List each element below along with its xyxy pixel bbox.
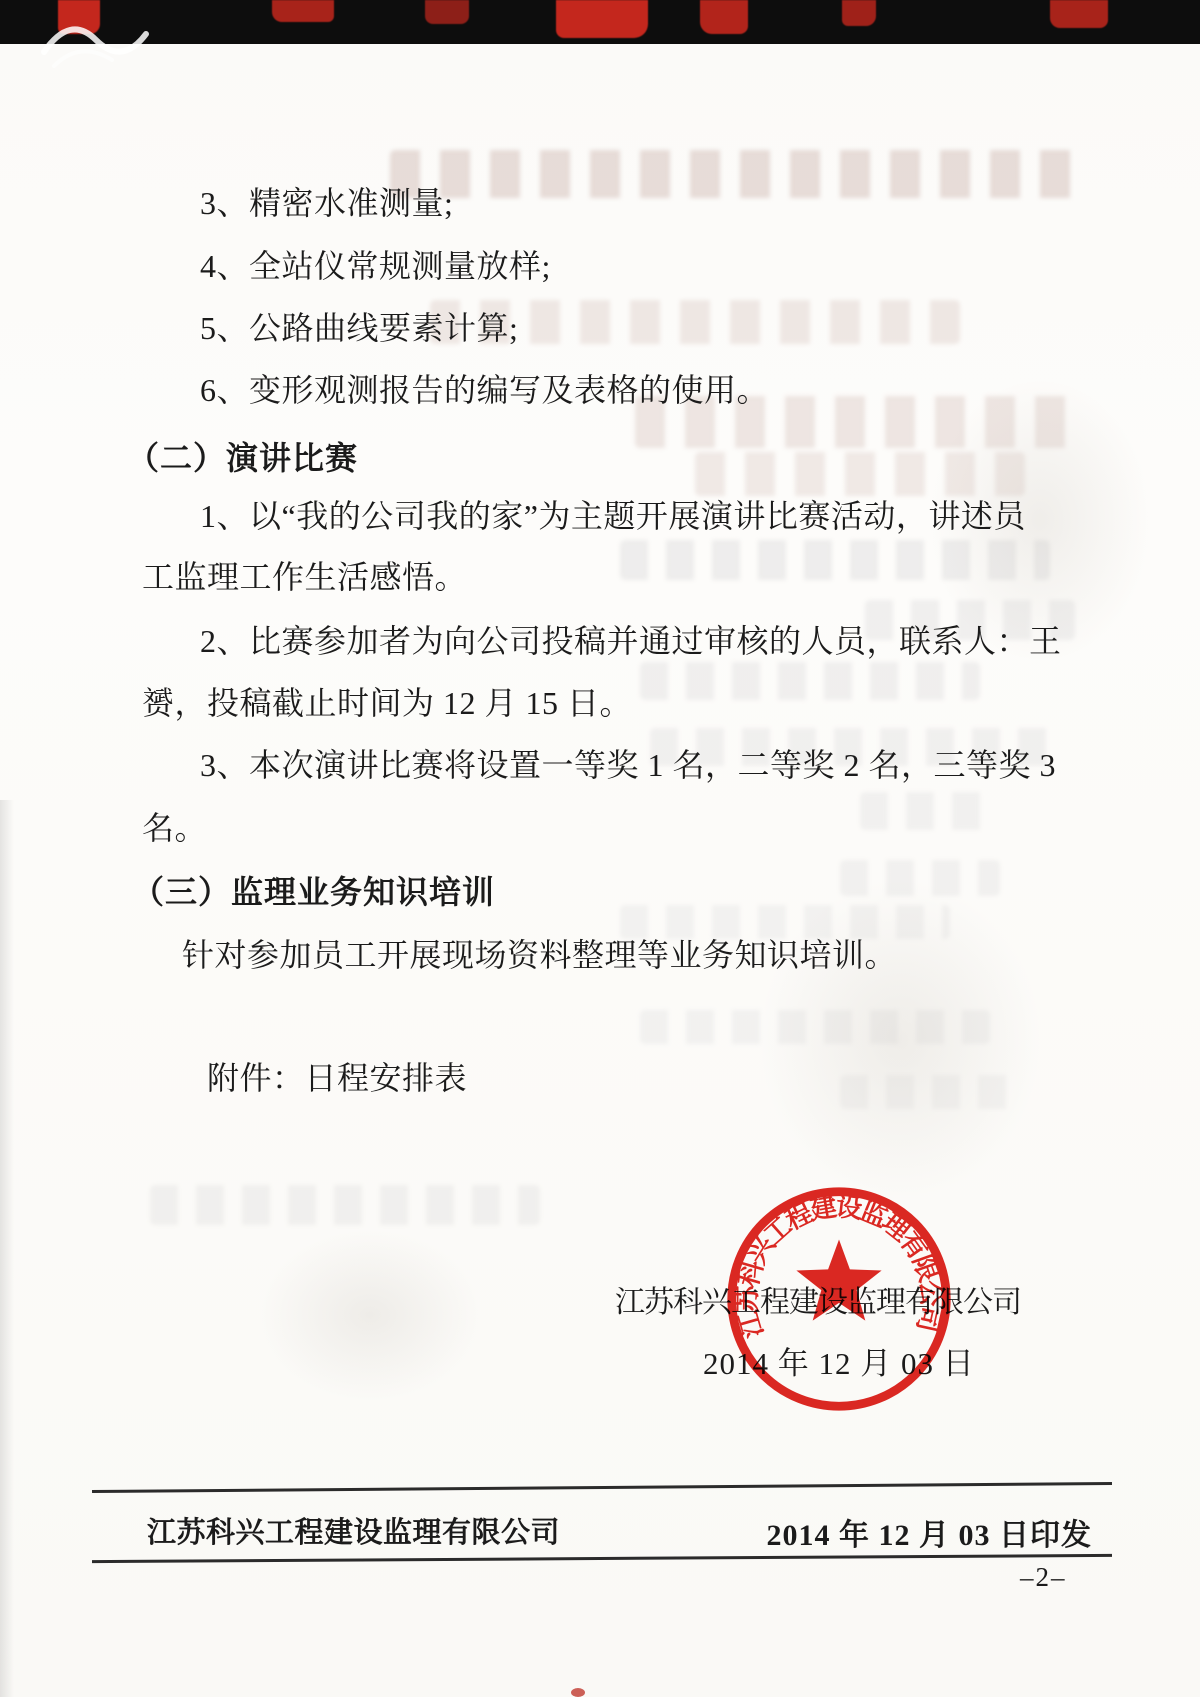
red-stamp-fragment bbox=[556, 0, 648, 38]
paragraph-line: 1、以“我的公司我的家”为主题开展演讲比赛活动，讲述员 bbox=[200, 496, 1026, 536]
paragraph-line: 工监理工作生活感悟。 bbox=[142, 557, 467, 597]
scan-edge-shadow bbox=[0, 800, 14, 1697]
scanned-document-page: 3、精密水准测量; 4、全站仪常规测量放样; 5、公路曲线要素计算; 6、变形观… bbox=[0, 0, 1200, 1697]
red-stamp-fragment bbox=[1050, 0, 1108, 28]
training-item: 5、公路曲线要素计算; bbox=[200, 308, 518, 348]
page-number: –2– bbox=[1020, 1562, 1067, 1593]
paragraph-line: 3、本次演讲比赛将设置一等奖 1 名，二等奖 2 名，三等奖 3 bbox=[200, 745, 1056, 785]
paragraph-line: 赟，投稿截止时间为 12 月 15 日。 bbox=[142, 683, 632, 723]
bleed-through-text bbox=[150, 1185, 540, 1225]
paragraph-line: 针对参加员工开展现场资料整理等业务知识培训。 bbox=[182, 935, 897, 975]
red-stamp-fragment bbox=[842, 0, 876, 26]
footer-rule-top bbox=[92, 1482, 1112, 1493]
footer-company-name: 江苏科兴工程建设监理有限公司 bbox=[147, 1510, 560, 1551]
section-two-heading: （二）演讲比赛 bbox=[127, 438, 358, 478]
section-three-heading: （三）监理业务知识培训 bbox=[132, 872, 495, 912]
training-item: 4、全站仪常规测量放样; bbox=[200, 246, 551, 286]
red-stamp-fragment bbox=[425, 0, 469, 24]
red-stamp-fragment bbox=[700, 0, 748, 34]
paragraph-line: 名。 bbox=[142, 808, 207, 848]
footer-issue-date: 2014 年 12 月 03 日印发 bbox=[767, 1510, 1093, 1554]
footer-rule-bottom bbox=[92, 1554, 1112, 1563]
bleed-through-text bbox=[860, 792, 990, 830]
seal-star-icon bbox=[796, 1240, 881, 1321]
training-item: 6、变形观测报告的编写及表格的使用。 bbox=[200, 370, 769, 410]
red-stamp-fragment bbox=[272, 0, 334, 22]
white-scribble-mark bbox=[38, 10, 168, 80]
bleed-through-text bbox=[640, 662, 980, 700]
attachment-line: 附件：日程安排表 bbox=[207, 1058, 467, 1098]
paper-smudge bbox=[760, 880, 1040, 1200]
training-item: 3、精密水准测量; bbox=[200, 183, 453, 223]
scan-edge-strip bbox=[0, 0, 1200, 44]
paragraph-line: 2、比赛参加者为向公司投稿并通过审核的人员，联系人：王 bbox=[200, 621, 1062, 661]
company-seal: 江苏科兴工程建设监理有限公司 bbox=[722, 1182, 956, 1416]
red-ink-dot bbox=[571, 1688, 585, 1697]
paper-smudge bbox=[260, 1230, 480, 1400]
bleed-through-text bbox=[390, 150, 1080, 198]
